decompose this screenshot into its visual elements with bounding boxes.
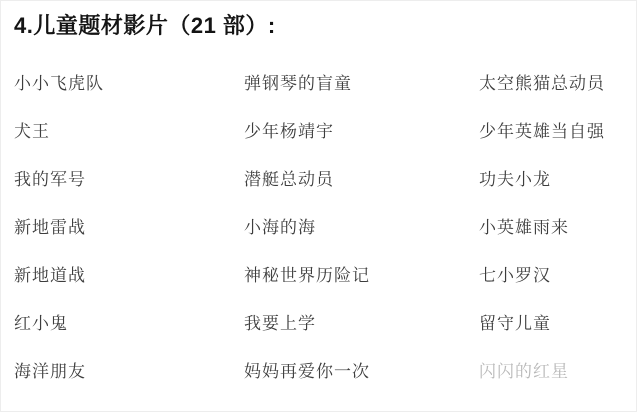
movie-title: 闪闪的红星	[479, 357, 630, 382]
movie-title: 七小罗汉	[479, 261, 630, 286]
movie-title: 我要上学	[244, 309, 479, 334]
movie-title: 神秘世界历险记	[244, 261, 479, 286]
movie-title: 弹钢琴的盲童	[244, 69, 479, 94]
movie-title: 小小飞虎队	[14, 69, 244, 94]
movie-title: 海洋朋友	[14, 357, 244, 382]
movie-title: 新地雷战	[14, 213, 244, 238]
movie-title: 小海的海	[244, 213, 479, 238]
movie-title: 妈妈再爱你一次	[244, 357, 479, 382]
movie-title: 功夫小龙	[479, 165, 630, 190]
movie-title: 小英雄雨来	[479, 213, 630, 238]
movie-title: 太空熊猫总动员	[479, 69, 630, 94]
movie-list: 小小飞虎队 弹钢琴的盲童 太空熊猫总动员 犬王 少年杨靖宇 少年英雄当自强 我的…	[14, 57, 630, 393]
movie-title: 少年杨靖宇	[244, 117, 479, 142]
document-page: 4.儿童题材影片（21 部）: 小小飞虎队 弹钢琴的盲童 太空熊猫总动员 犬王 …	[0, 0, 637, 412]
page-title: 4.儿童题材影片（21 部）:	[14, 11, 276, 41]
movie-title: 少年英雄当自强	[479, 117, 630, 142]
movie-title: 留守儿童	[479, 309, 630, 334]
movie-title: 红小鬼	[14, 309, 244, 334]
movie-title: 新地道战	[14, 261, 244, 286]
movie-title: 犬王	[14, 117, 244, 142]
movie-title: 潜艇总动员	[244, 165, 479, 190]
movie-title: 我的军号	[14, 165, 244, 190]
